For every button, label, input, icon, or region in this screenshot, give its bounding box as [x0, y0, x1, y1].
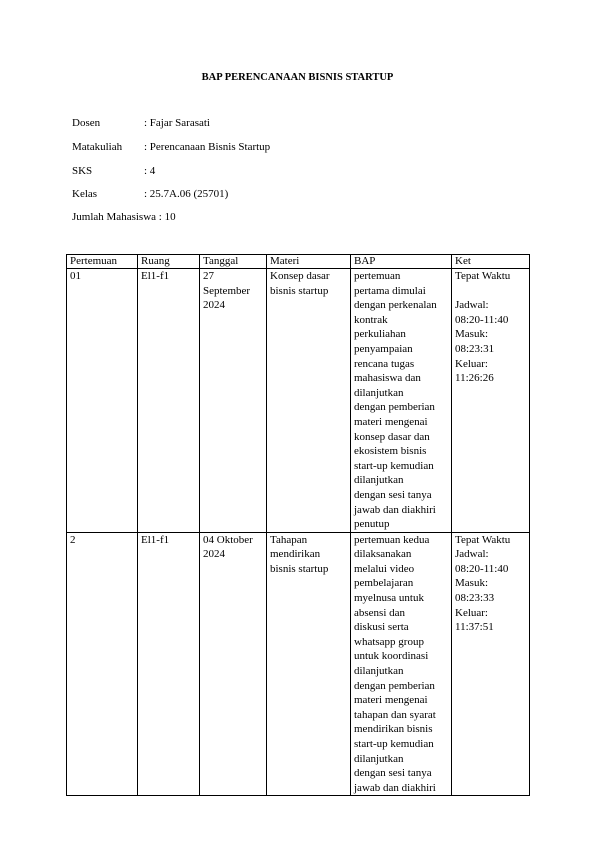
cell-line: bisnis startup — [270, 284, 347, 299]
cell-line: penyampaian — [354, 342, 448, 357]
cell-line: pembelajaran — [354, 576, 448, 591]
cell-line: dilanjutkan — [354, 664, 448, 679]
cell-line: 08:23:33 — [455, 591, 526, 606]
cell-line: mendirikan bisnis — [354, 722, 448, 737]
cell-line: 11:26:26 — [455, 371, 526, 386]
header-bap: BAP — [351, 255, 452, 269]
cell-line: absensi dan — [354, 606, 448, 621]
table-header-row: Pertemuan Ruang Tanggal Materi BAP Ket — [67, 255, 530, 269]
cell-line: 08:20-11:40 — [455, 562, 526, 577]
header-tanggal: Tanggal — [200, 255, 267, 269]
info-dosen-value: : Fajar Sarasati — [144, 117, 210, 129]
cell-line: 27 — [203, 269, 263, 284]
cell-line: Tahapan — [270, 533, 347, 548]
info-kelas-label: Kelas — [72, 188, 144, 200]
cell-line — [455, 284, 526, 299]
cell-line: start-up kemudian — [354, 459, 448, 474]
cell-line: mahasiswa dan — [354, 371, 448, 386]
header-ruang: Ruang — [138, 255, 200, 269]
cell-line: dengan sesi tanya — [354, 766, 448, 781]
cell-line: start-up kemudian — [354, 737, 448, 752]
cell-tanggal: 04 Oktober2024 — [200, 532, 267, 796]
cell-line: perkuliahan — [354, 327, 448, 342]
cell-line: untuk koordinasi — [354, 649, 448, 664]
cell-line: pertemuan — [354, 269, 448, 284]
cell-line: 08:23:31 — [455, 342, 526, 357]
cell-line: 08:20-11:40 — [455, 313, 526, 328]
cell-materi: Konsep dasarbisnis startup — [267, 269, 351, 533]
cell-line: materi mengenai — [354, 693, 448, 708]
cell-line: bisnis startup — [270, 562, 347, 577]
cell-line: September — [203, 284, 263, 299]
info-matakuliah-label: Matakuliah — [72, 141, 144, 153]
cell-line: pertemuan kedua — [354, 533, 448, 548]
cell-line: ekosistem bisnis — [354, 444, 448, 459]
info-dosen: Dosen: Fajar Sarasati — [72, 117, 210, 129]
cell-line: 2024 — [203, 547, 263, 562]
cell-line: dilaksanakan — [354, 547, 448, 562]
cell-line: pertama dimulai — [354, 284, 448, 299]
table-row: 01 El1-f1 27September2024 Konsep dasarbi… — [67, 269, 530, 533]
cell-line: konsep dasar dan — [354, 430, 448, 445]
cell-line: dengan pemberian — [354, 400, 448, 415]
cell-line: Keluar: — [455, 606, 526, 621]
cell-line: Konsep dasar — [270, 269, 347, 284]
cell-line: dilanjutkan — [354, 752, 448, 767]
cell-line: jawab dan diakhiri — [354, 503, 448, 518]
cell-line: Masuk: — [455, 576, 526, 591]
cell-bap: pertemuanpertama dimulaidengan perkenala… — [351, 269, 452, 533]
cell-line: myelnusa untuk — [354, 591, 448, 606]
cell-pertemuan: 2 — [67, 532, 138, 796]
cell-line: tahapan dan syarat — [354, 708, 448, 723]
cell-line: Masuk: — [455, 327, 526, 342]
header-ket: Ket — [452, 255, 530, 269]
cell-line: Jadwal: — [455, 547, 526, 562]
cell-line: dilanjutkan — [354, 473, 448, 488]
info-matakuliah: Matakuliah: Perencanaan Bisnis Startup — [72, 141, 270, 153]
cell-line: penutup — [354, 517, 448, 532]
table-row: 2 El1-f1 04 Oktober2024 Tahapanmendirika… — [67, 532, 530, 796]
cell-line: Tepat Waktu — [455, 269, 526, 284]
header-materi: Materi — [267, 255, 351, 269]
bap-table: Pertemuan Ruang Tanggal Materi BAP Ket 0… — [66, 254, 530, 796]
cell-line: kontrak — [354, 313, 448, 328]
info-jumlah-mahasiswa: Jumlah Mahasiswa : 10 — [72, 211, 176, 223]
cell-ruang: El1-f1 — [138, 269, 200, 533]
info-matakuliah-value: : Perencanaan Bisnis Startup — [144, 141, 270, 153]
cell-line: dengan pemberian — [354, 679, 448, 694]
cell-ruang: El1-f1 — [138, 532, 200, 796]
cell-line: 04 Oktober — [203, 533, 263, 548]
cell-ket: Tepat Waktu Jadwal:08:20-11:40Masuk:08:2… — [452, 269, 530, 533]
header-pertemuan: Pertemuan — [67, 255, 138, 269]
cell-line: dengan perkenalan — [354, 298, 448, 313]
cell-line: mendirikan — [270, 547, 347, 562]
cell-tanggal: 27September2024 — [200, 269, 267, 533]
cell-line: whatsapp group — [354, 635, 448, 650]
cell-line: Tepat Waktu — [455, 533, 526, 548]
cell-line: melalui video — [354, 562, 448, 577]
cell-line: rencana tugas — [354, 357, 448, 372]
cell-materi: Tahapanmendirikanbisnis startup — [267, 532, 351, 796]
cell-bap: pertemuan keduadilaksanakanmelalui video… — [351, 532, 452, 796]
cell-line: Keluar: — [455, 357, 526, 372]
cell-ket: Tepat WaktuJadwal:08:20-11:40Masuk:08:23… — [452, 532, 530, 796]
info-sks-value: : 4 — [144, 165, 155, 177]
cell-line: 2024 — [203, 298, 263, 313]
info-kelas: Kelas: 25.7A.06 (25701) — [72, 188, 228, 200]
cell-line: dengan sesi tanya — [354, 488, 448, 503]
cell-pertemuan: 01 — [67, 269, 138, 533]
cell-line: jawab dan diakhiri — [354, 781, 448, 796]
cell-line: 11:37:51 — [455, 620, 526, 635]
cell-line: materi mengenai — [354, 415, 448, 430]
cell-line: dilanjutkan — [354, 386, 448, 401]
info-kelas-value: : 25.7A.06 (25701) — [144, 188, 228, 200]
info-dosen-label: Dosen — [72, 117, 144, 129]
cell-line: diskusi serta — [354, 620, 448, 635]
info-sks-label: SKS — [72, 165, 144, 177]
info-sks: SKS: 4 — [72, 165, 155, 177]
cell-line: Jadwal: — [455, 298, 526, 313]
document-title: BAP PERENCANAAN BISNIS STARTUP — [0, 72, 595, 83]
